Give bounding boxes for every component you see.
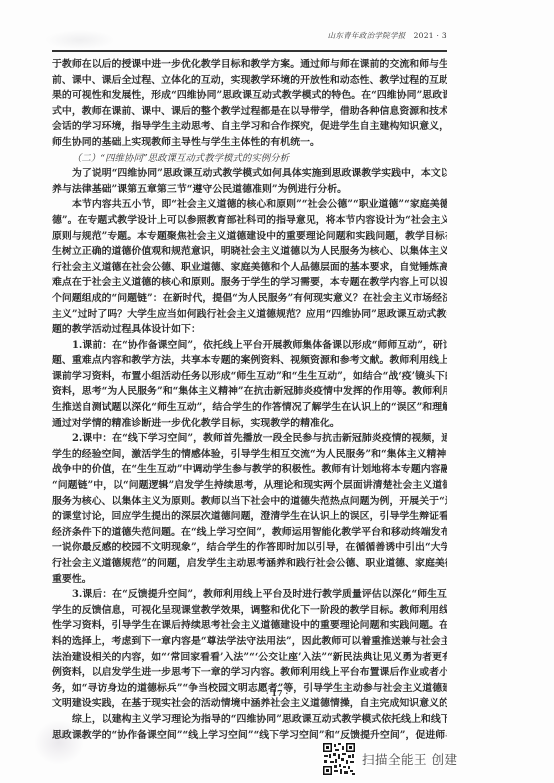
- text-line: 通过对学情的精准诊断进一步优化教学目标，实现教学的精准化。: [52, 416, 447, 432]
- issue-number: 2021 · 3: [414, 31, 447, 40]
- text-line: 主义”过时了吗？大学生应当如何践行社会主义道德规范？应用“四维协同”思政课互动式…: [52, 307, 447, 323]
- text-line: 重要性。: [52, 572, 447, 588]
- text-line: 性学习资料，引导学生在课后持续思考社会主义道德建设中的重要理论问题和实践问题。在…: [52, 618, 447, 634]
- text-line: 难点在于社会主义道德的核心和原则。服务于学生的学习需要，本专题在教学内容上可以设…: [52, 275, 447, 291]
- text-line: 1.课前：在“协作备课空间”，依托线上平台开展教师集体备课以形成“师师互动”，研…: [52, 338, 447, 354]
- text-line: 学生的经验空间，激活学生的情感体验，引导学生相互交流“为人民服务”和“集体主义精…: [52, 447, 447, 463]
- scanned-page: 山东青年政治学院学报2021 · 3 于教师在以后的授课中进一步优化教学目标和教…: [0, 0, 554, 783]
- text-line: 前、课中、课后全过程、立体化的互动，实现教学环境的开放性和动态性、教学过程的互助…: [52, 73, 447, 89]
- text-line: 经济条件下的道德失范问题。在“线上学习空间”，教师运用智能化教学平台和移动终端发…: [52, 525, 447, 541]
- text-line: 会话的学习环境，指导学生主动思考、自主学习和合作探究，促进学生自主建构知识意义，…: [52, 119, 447, 135]
- text-line: 养与法律基础”课第五章第三节“遵守公民道德准则”为例进行分析。: [52, 182, 447, 198]
- text-line: 行社会主义道德规范”的问题，启发学生主动思考涵养和践行社会公德、职业道德、家庭美…: [52, 556, 447, 572]
- text-line: 文明建设实践，在基于现实社会的活动情境中涵养社会主义道德情操，自主完成知识意义的…: [52, 696, 447, 712]
- text-line: 生树立正确的道德价值观和规范意识，明晓社会主义道德以为人民服务为核心、以集体主义…: [52, 244, 447, 260]
- text-line: 于教师在以后的授课中进一步优化教学目标和教学方案。通过师与师在课前的交流和师与生…: [52, 57, 447, 73]
- text-line: 行社会主义道德在社会公德、职业道德、家庭美德和个人品德层面的基本要求，自觉锤炼高…: [52, 260, 447, 276]
- text-line: 一说你最反感的校园不文明现象”，结合学生的作答即时加以引导，在循循善诱中引出“大…: [52, 540, 447, 556]
- text-line: 服务为核心、以集体主义为原则。教师以当下社会中的道德失范热点问题为例，开展关于“…: [52, 494, 447, 510]
- section-subheading: （二）“四维协同”思政课互动式教学模式的实例分析: [52, 151, 447, 167]
- text-line: 式中，教师在课前、课中、课后的整个教学过程都是在以导带学，借助各种信息资源和技术…: [52, 104, 447, 120]
- text-line: 料的选择上，考虑到下一章内容是“尊法学法守法用法”，因此教师可以着重推送兼与社会…: [52, 634, 447, 650]
- text-line: 例资料，以启发学生进一步思考下一章的学习内容。教师利用线上平台布置课后作业或者小…: [52, 665, 447, 681]
- text-line: 题、重难点内容和教学方法，共享本专题的案例资料、视频资源和参考文献。教师利用线上…: [52, 353, 447, 369]
- running-header: 山东青年政治学院学报2021 · 3: [52, 30, 447, 48]
- article-body: 于教师在以后的授课中进一步优化教学目标和教学方案。通过师与师在课前的交流和师与生…: [52, 57, 447, 743]
- text-line: 原则与规范”专题。本专题聚焦社会主义道德建设中的重要理论问题和实践问题，教学目标…: [52, 229, 447, 245]
- text-line: “问题链”中，以“问题逻辑”启发学生持续思考，从理论和现实两个层面讲清楚社会主义…: [52, 478, 447, 494]
- text-line: 师生协同的基础上实现教师主导性与学生主体性的有机统一。: [52, 135, 447, 151]
- text-line: 课前学习资料，布置小组活动任务以形成“师生互动”和“生生互动”，如结合“战‘疫’…: [52, 369, 447, 385]
- qr-code-icon: [322, 742, 356, 776]
- text-line: 2.课中：在“线下学习空间”，教师首先播放一段全民参与抗击新冠肺炎疫情的视频，通…: [52, 431, 447, 447]
- text-line: 个问题组成的“问题链”：在新时代，提倡“为人民服务”有何现实意义？在社会主义市场…: [52, 291, 447, 307]
- text-line: 果的可视性和发展性，形成“四维协同”思政课互动式教学模式的特色。在“四维协同”思…: [52, 88, 447, 104]
- journal-name: 山东青年政治学院学报: [328, 31, 406, 40]
- text-line: 的课堂讨论，回应学生提出的深层次道德问题，澄清学生在认识上的误区，引导学生辩证看…: [52, 509, 447, 525]
- text-line: 学生的反馈信息，可视化呈现课堂教学效果，调整和优化下一阶段的教学目标。教师利用线…: [52, 603, 447, 619]
- text-line: 法治建设相关的内容，如“‘常回家看看’入法”“‘公交让座’入法”“新民法典让见义…: [52, 650, 447, 666]
- text-line: 战争中的价值，在“生生互动”中调动学生参与教学的积极性。教师有计划地将本专题内容…: [52, 462, 447, 478]
- text-line: 资料，思考“为人民服务”和“集体主义精神”在抗击新冠肺炎疫情中发挥的作用等。教师…: [52, 384, 447, 400]
- text-line: 生推送自测试题以深化“师生互动”，结合学生的作答情况了解学生在认识上的“误区”和…: [52, 400, 447, 416]
- text-line: 为了说明“四维协同”思政课互动式教学模式如何具体实施到思政课教学实践中，本文以“…: [52, 166, 447, 182]
- page-number: · 17 ·: [0, 688, 554, 698]
- text-line: 3.课后：在“反馈提升空间”，教师利用线上平台及时进行教学质量评估以深化“师生互…: [52, 587, 447, 603]
- text-line: 德”。在专题式教学设计上可以参照教育部社科司的指导意见，将本节内容设计为“社会主…: [52, 213, 447, 229]
- text-line: 题的教学活动过程具体设计如下：: [52, 322, 447, 338]
- scanner-watermark: 扫描全能王 创建: [322, 740, 457, 778]
- text-line: 综上，以建构主义学习理论为指导的“四维协同”思政课互动式教学模式依托线上和线下两…: [52, 712, 447, 728]
- text-line: 本节内容共五小节，即“社会主义道德的核心和原则”“社会公德”“职业道德”“家庭美…: [52, 197, 447, 213]
- header-rule: [52, 50, 447, 52]
- watermark-text: 扫描全能王 创建: [362, 750, 457, 768]
